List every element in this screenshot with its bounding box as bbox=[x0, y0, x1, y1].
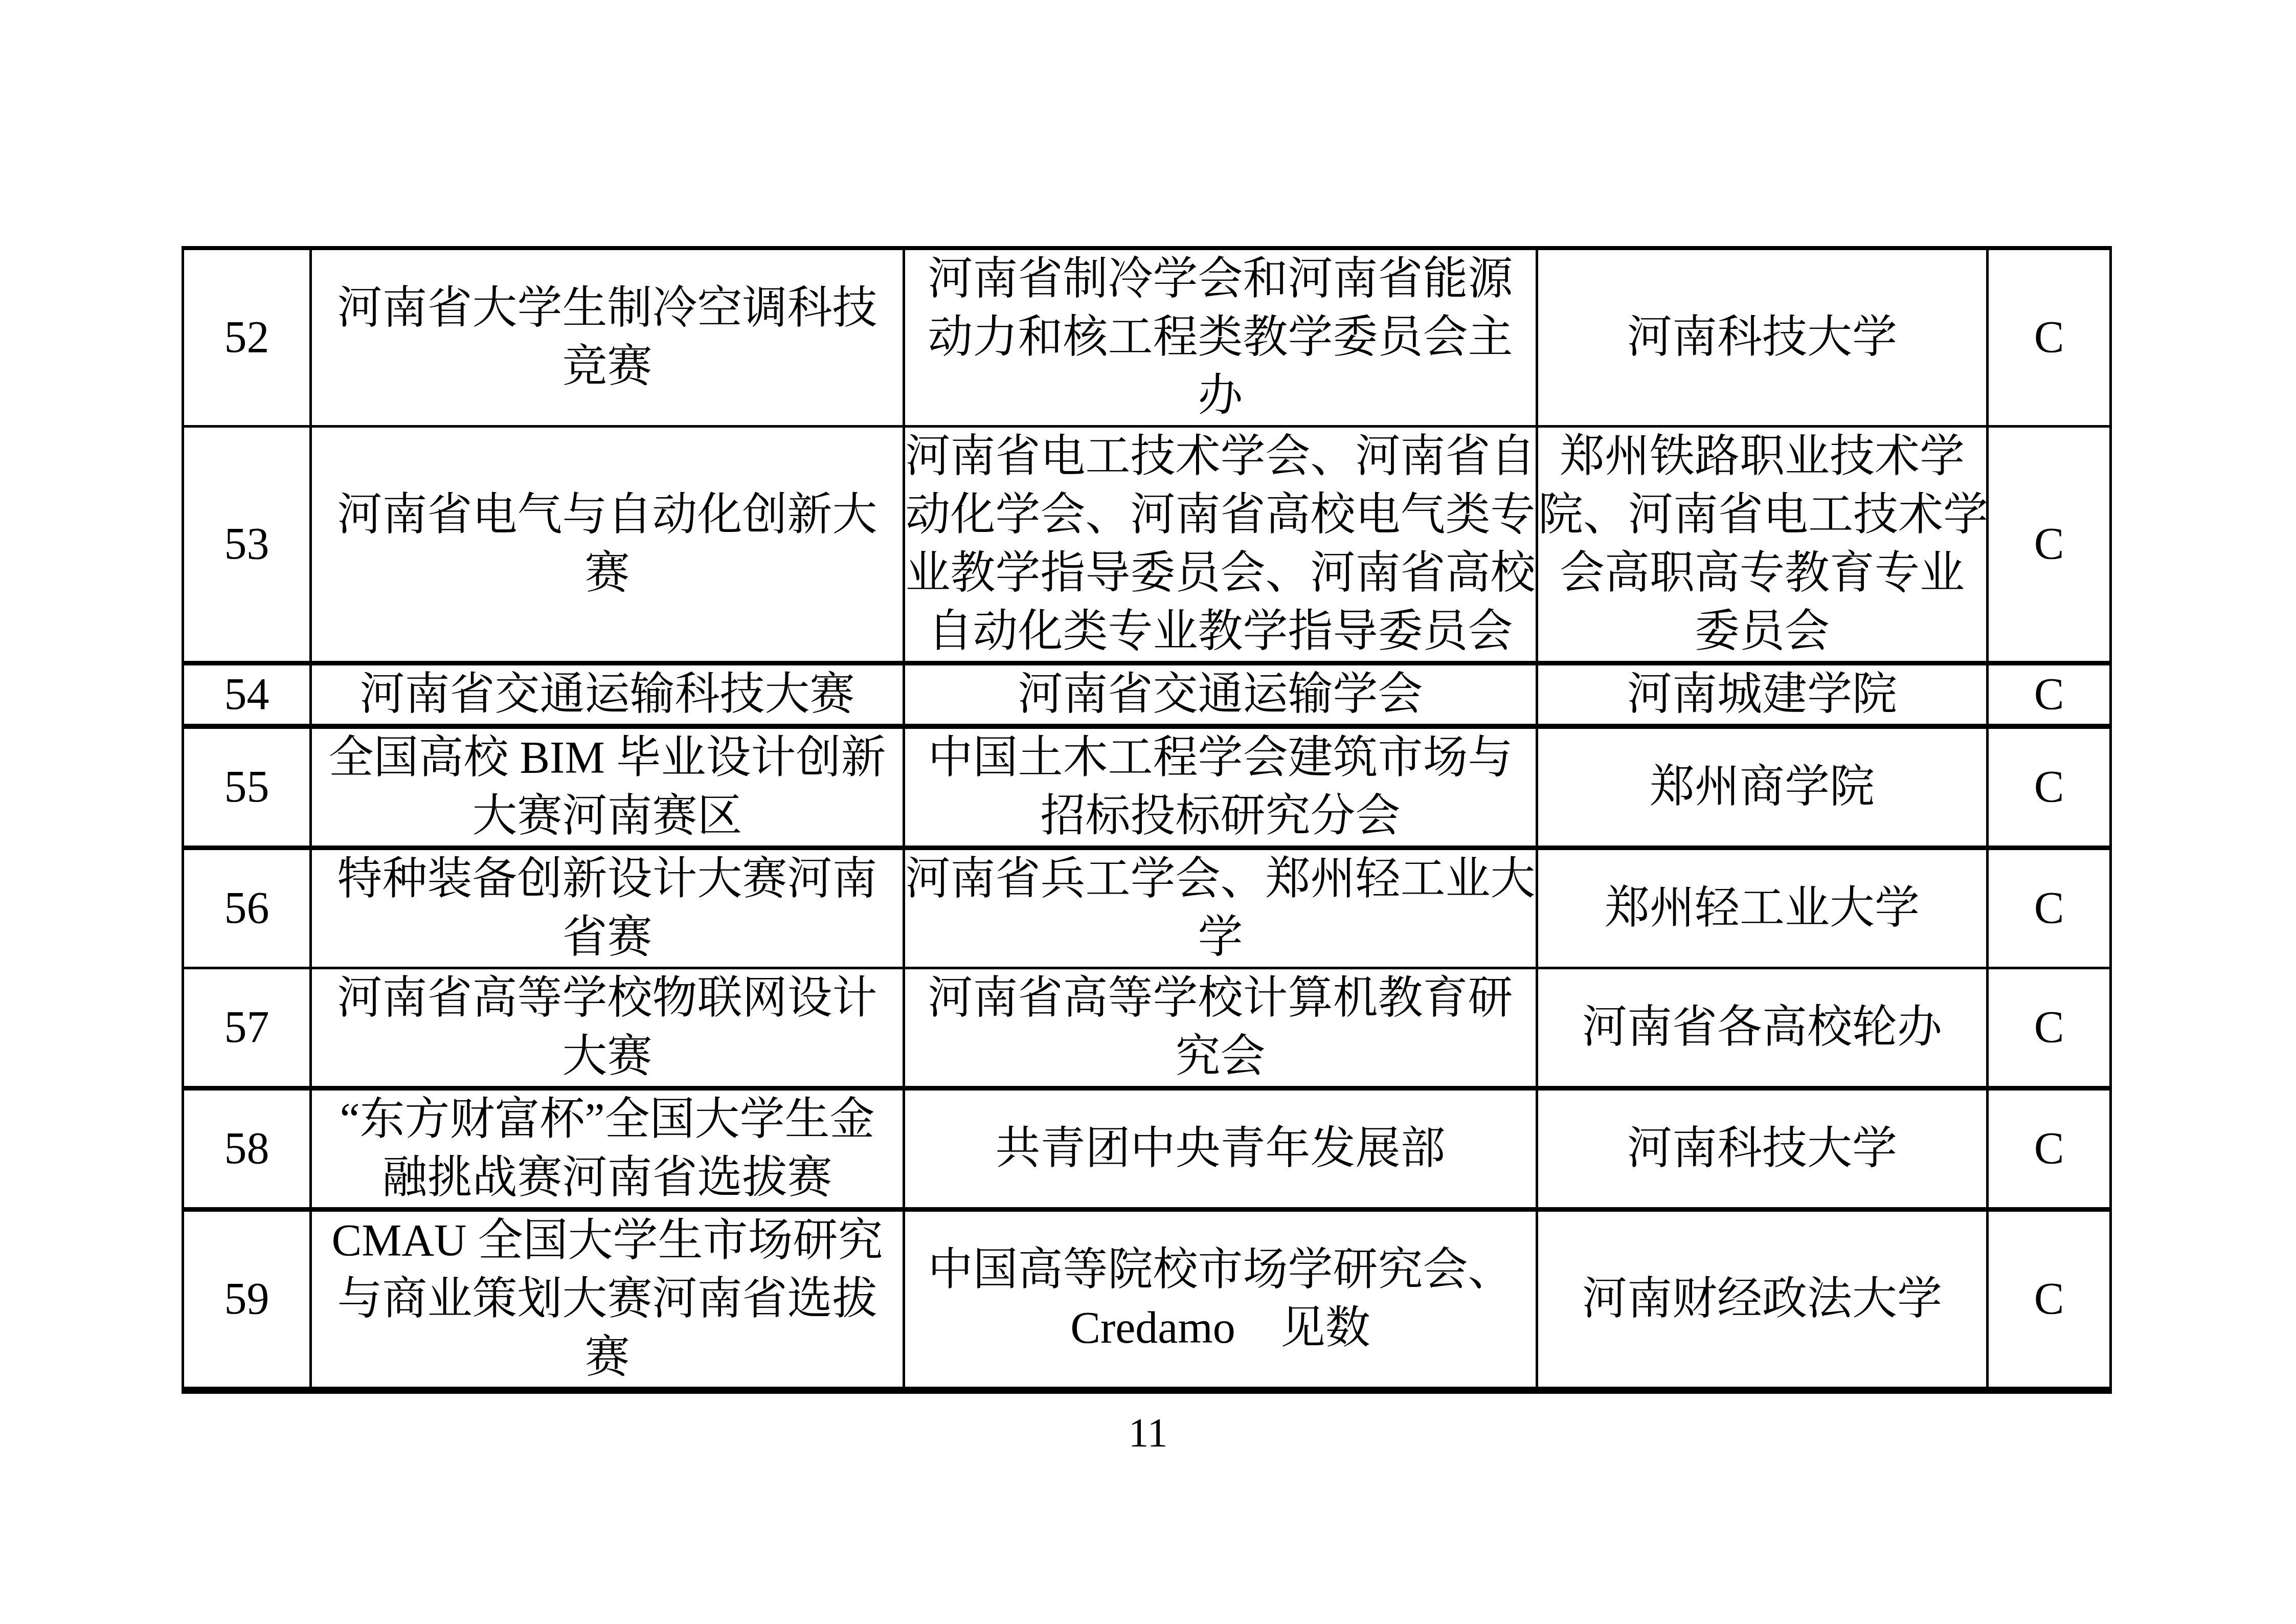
organizer-cell: 中国高等院校市场学研究会、 Credamo 见数 bbox=[904, 1210, 1537, 1391]
grade-cell: C bbox=[1988, 663, 2111, 727]
competition-name-cell: 全国高校 BIM 毕业设计创新 大赛河南赛区 bbox=[311, 726, 904, 848]
table-row: 57 河南省高等学校物联网设计 大赛 河南省高等学校计算机教育研 究会 河南省各… bbox=[183, 968, 2111, 1088]
organizer-cell: 河南省电工技术学会、河南省自 动化学会、河南省高校电气类专 业教学指导委员会、河… bbox=[904, 427, 1537, 663]
organizer-cell: 河南省兵工学会、郑州轻工业大 学 bbox=[904, 848, 1537, 968]
row-number-cell: 59 bbox=[183, 1210, 311, 1391]
competition-name-cell: “东方财富杯”全国大学生金 融挑战赛河南省选拔赛 bbox=[311, 1088, 904, 1210]
host-cell: 河南城建学院 bbox=[1537, 663, 1988, 727]
row-number-cell: 56 bbox=[183, 848, 311, 968]
grade-cell: C bbox=[1988, 427, 2111, 663]
row-number-cell: 53 bbox=[183, 427, 311, 663]
competition-name-cell: 河南省高等学校物联网设计 大赛 bbox=[311, 968, 904, 1088]
grade-cell: C bbox=[1988, 968, 2111, 1088]
host-cell: 河南科技大学 bbox=[1537, 1088, 1988, 1210]
competition-name-cell: 河南省大学生制冷空调科技 竞赛 bbox=[311, 248, 904, 427]
host-cell: 河南财经政法大学 bbox=[1537, 1210, 1988, 1391]
organizer-cell: 河南省交通运输学会 bbox=[904, 663, 1537, 727]
row-number-cell: 57 bbox=[183, 968, 311, 1088]
table-row: 54 河南省交通运输科技大赛 河南省交通运输学会 河南城建学院 C bbox=[183, 663, 2111, 727]
host-cell: 郑州商学院 bbox=[1537, 726, 1988, 848]
table-row: 58 “东方财富杯”全国大学生金 融挑战赛河南省选拔赛 共青团中央青年发展部 河… bbox=[183, 1088, 2111, 1210]
grade-cell: C bbox=[1988, 726, 2111, 848]
host-cell: 河南科技大学 bbox=[1537, 248, 1988, 427]
table-row: 55 全国高校 BIM 毕业设计创新 大赛河南赛区 中国土木工程学会建筑市场与 … bbox=[183, 726, 2111, 848]
page-number: 11 bbox=[0, 1408, 2296, 1459]
host-cell: 郑州轻工业大学 bbox=[1537, 848, 1988, 968]
row-number-cell: 52 bbox=[183, 248, 311, 427]
row-number-cell: 58 bbox=[183, 1088, 311, 1210]
table-row: 52 河南省大学生制冷空调科技 竞赛 河南省制冷学会和河南省能源 动力和核工程类… bbox=[183, 248, 2111, 427]
host-cell: 河南省各高校轮办 bbox=[1537, 968, 1988, 1088]
row-number-cell: 55 bbox=[183, 726, 311, 848]
table-row: 59 CMAU 全国大学生市场研究 与商业策划大赛河南省选拔 赛 中国高等院校市… bbox=[183, 1210, 2111, 1391]
organizer-cell: 中国土木工程学会建筑市场与 招标投标研究分会 bbox=[904, 726, 1537, 848]
competition-name-cell: 河南省交通运输科技大赛 bbox=[311, 663, 904, 727]
organizer-cell: 共青团中央青年发展部 bbox=[904, 1088, 1537, 1210]
host-cell: 郑州铁路职业技术学 院、河南省电工技术学 会高职高专教育专业 委员会 bbox=[1537, 427, 1988, 663]
organizer-cell: 河南省高等学校计算机教育研 究会 bbox=[904, 968, 1537, 1088]
competition-name-cell: CMAU 全国大学生市场研究 与商业策划大赛河南省选拔 赛 bbox=[311, 1210, 904, 1391]
competition-name-cell: 河南省电气与自动化创新大 赛 bbox=[311, 427, 904, 663]
grade-cell: C bbox=[1988, 1088, 2111, 1210]
table-row: 56 特种装备创新设计大赛河南 省赛 河南省兵工学会、郑州轻工业大 学 郑州轻工… bbox=[183, 848, 2111, 968]
competition-table: 52 河南省大学生制冷空调科技 竞赛 河南省制冷学会和河南省能源 动力和核工程类… bbox=[182, 246, 2112, 1394]
grade-cell: C bbox=[1988, 248, 2111, 427]
grade-cell: C bbox=[1988, 1210, 2111, 1391]
document-page: 52 河南省大学生制冷空调科技 竞赛 河南省制冷学会和河南省能源 动力和核工程类… bbox=[0, 0, 2296, 1624]
grade-cell: C bbox=[1988, 848, 2111, 968]
table-row: 53 河南省电气与自动化创新大 赛 河南省电工技术学会、河南省自 动化学会、河南… bbox=[183, 427, 2111, 663]
organizer-cell: 河南省制冷学会和河南省能源 动力和核工程类教学委员会主 办 bbox=[904, 248, 1537, 427]
row-number-cell: 54 bbox=[183, 663, 311, 727]
competition-name-cell: 特种装备创新设计大赛河南 省赛 bbox=[311, 848, 904, 968]
